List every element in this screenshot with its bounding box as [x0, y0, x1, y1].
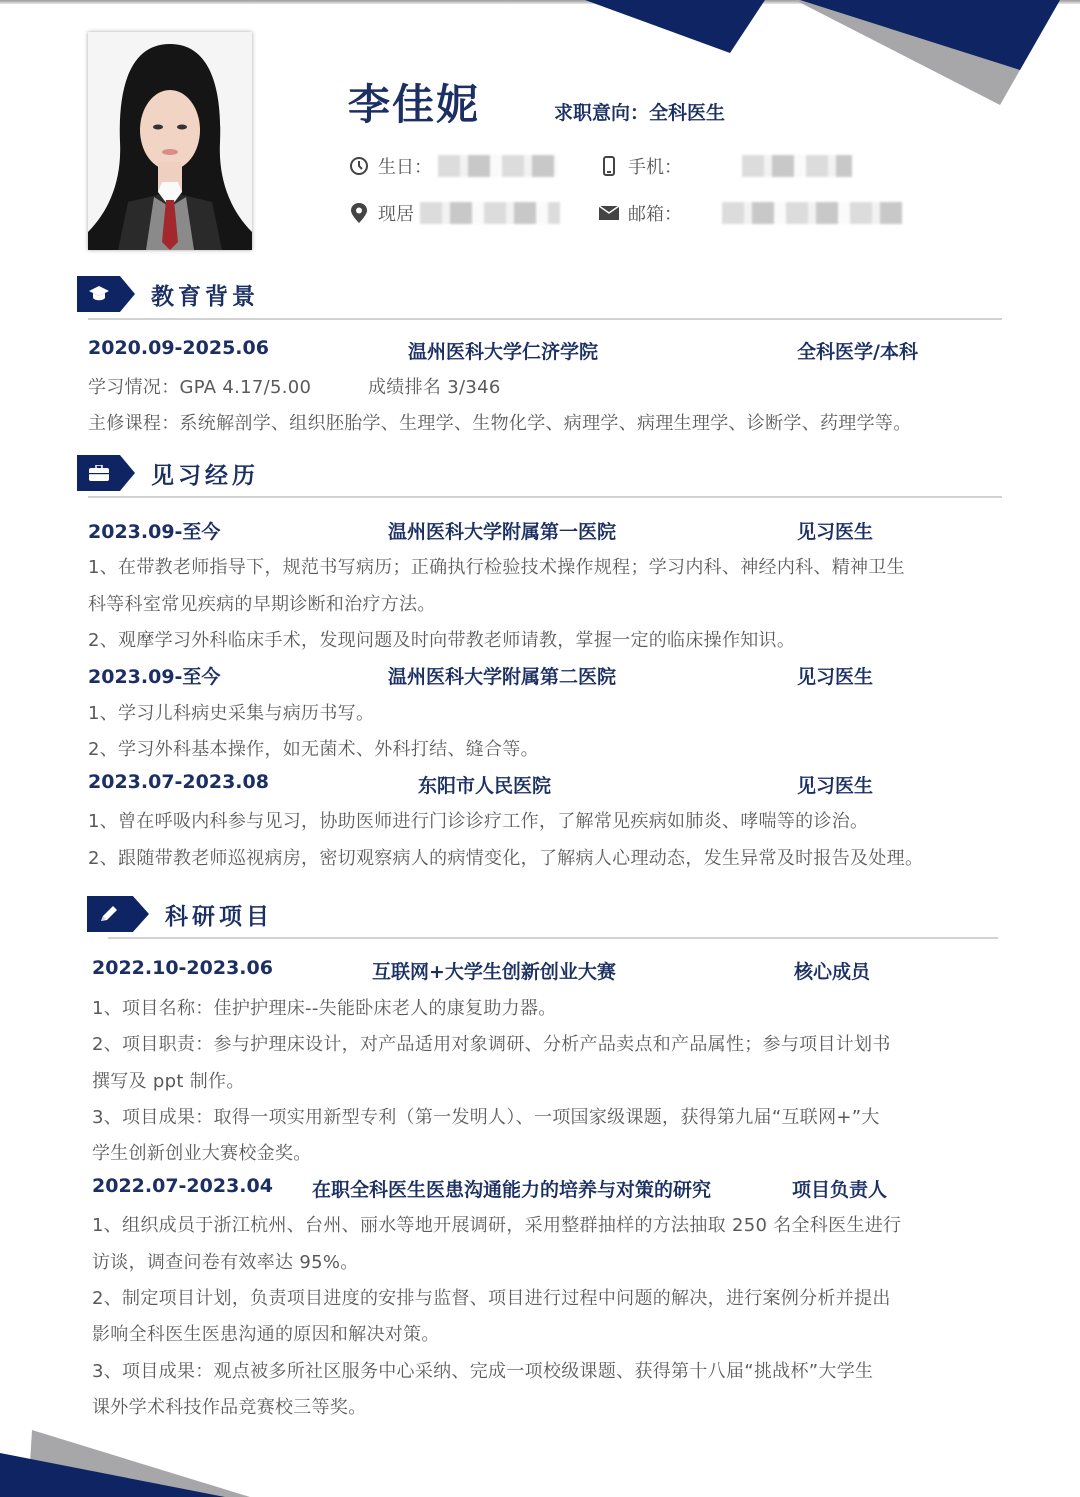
- entry-line: 2、跟随带教老师巡视病房，密切观察病人的病情变化，了解病人心理动态，发生异常及时…: [88, 844, 923, 870]
- email-label: 邮箱：: [628, 200, 682, 226]
- section-title: 见习经历: [151, 457, 259, 490]
- entry-line: 2、观摩学习外科临床手术，发现问题及时向带教老师请教，掌握一定的临床操作知识。: [88, 626, 795, 652]
- phone-value-redacted: [742, 155, 852, 177]
- section-header-research: 科研项目: [87, 896, 273, 932]
- research-entry-header: 2022.10-2023.06 互联网+大学生创新创业大赛 核心成员: [92, 957, 992, 983]
- birthday-label: 生日：: [378, 153, 432, 179]
- entry-role: 见习医生: [797, 771, 873, 798]
- portrait-illustration: [88, 32, 252, 250]
- top-navy-band-left: [585, 0, 765, 53]
- experience-entry-header: 2023.07-2023.08 东阳市人民医院 见习医生: [88, 771, 988, 797]
- entry-major: 全科医学/本科: [797, 337, 918, 364]
- gpa-text: 学习情况：GPA 4.17/5.00: [88, 373, 311, 399]
- top-navy-band-right: [800, 0, 1060, 70]
- phone-field: 手机：: [598, 153, 852, 179]
- divider: [108, 937, 998, 939]
- clock-icon: [348, 155, 370, 177]
- entry-role: 项目负责人: [792, 1175, 887, 1202]
- job-intent: 求职意向：全科医生: [554, 98, 725, 125]
- entry-line: 2、项目职责：参与护理床设计，对产品适用对象调研、分析产品卖点和产品属性；参与项…: [92, 1030, 891, 1056]
- entry-line: 影响全科医生医患沟通的原因和解决对策。: [92, 1320, 440, 1346]
- address-label: 现居: [378, 200, 414, 226]
- entry-date: 2020.09-2025.06: [88, 337, 269, 359]
- entry-line: 访谈，调查问卷有效率达 95%。: [92, 1248, 359, 1274]
- rank-text: 成绩排名 3/346: [368, 373, 501, 399]
- entry-line: 2、学习外科基本操作，如无菌术、外科打结、缝合等。: [88, 735, 539, 761]
- entry-line: 1、项目名称：佳护护理床--失能卧床老人的康复助力器。: [92, 994, 557, 1020]
- candidate-name: 李佳妮: [348, 72, 480, 132]
- entry-date: 2022.07-2023.04: [92, 1175, 273, 1197]
- address-value-redacted: [420, 202, 560, 224]
- experience-entry-header: 2023.09-至今 温州医科大学附属第一医院 见习医生: [88, 517, 988, 543]
- entry-organization: 温州医科大学附属第二医院: [388, 662, 616, 689]
- research-entry-header: 2022.07-2023.04 在职全科医生医患沟通能力的培养与对策的研究 项目…: [92, 1175, 992, 1201]
- entry-line: 2、制定项目计划，负责项目进度的安排与监督、项目进行过程中问题的解决，进行案例分…: [92, 1284, 891, 1310]
- entry-date: 2023.07-2023.08: [88, 771, 269, 793]
- divider: [88, 318, 1002, 320]
- birthday-field: 生日：: [348, 153, 558, 179]
- graduation-cap-icon: [77, 276, 135, 312]
- entry-role: 见习医生: [797, 517, 873, 544]
- bottom-navy-band: [0, 1453, 225, 1497]
- entry-line: 课外学术科技作品竞赛校三等奖。: [92, 1393, 367, 1419]
- email-value-redacted: [722, 202, 902, 224]
- profile-photo: [88, 32, 252, 250]
- mobile-phone-icon: [598, 155, 620, 177]
- courses-text: 主修课程：系统解剖学、组织胚胎学、生理学、生物化学、病理学、病理生理学、诊断学、…: [88, 409, 912, 435]
- bottom-gray-band: [28, 1430, 250, 1497]
- section-header-experience: 见习经历: [77, 455, 259, 491]
- entry-school: 温州医科大学仁济学院: [408, 337, 598, 364]
- entry-date: 2023.09-至今: [88, 517, 220, 544]
- section-title: 科研项目: [165, 898, 273, 931]
- email-field: 邮箱：: [598, 200, 902, 226]
- top-shadow: [0, 0, 1080, 4]
- divider: [88, 496, 1002, 498]
- section-title: 教育背景: [151, 278, 259, 311]
- entry-line: 3、项目成果：取得一项实用新型专利（第一发明人）、一项国家级课题，获得第九届“互…: [92, 1103, 880, 1129]
- entry-date: 2023.09-至今: [88, 662, 220, 689]
- entry-line: 科等科室常见疾病的早期诊断和治疗方法。: [88, 590, 436, 616]
- entry-role: 核心成员: [794, 957, 870, 984]
- experience-entry-header: 2023.09-至今 温州医科大学附属第二医院 见习医生: [88, 662, 988, 688]
- entry-line: 3、项目成果：观点被多所社区服务中心采纳、完成一项校级课题、获得第十八届“挑战杯…: [92, 1357, 873, 1383]
- briefcase-icon: [77, 455, 135, 491]
- entry-line: 1、学习儿科病史采集与病历书写。: [88, 699, 374, 725]
- envelope-icon: [598, 202, 620, 224]
- entry-project: 在职全科医生医患沟通能力的培养与对策的研究: [312, 1175, 711, 1202]
- entry-line: 撰写及 ppt 制作。: [92, 1067, 245, 1093]
- pencil-icon: [87, 896, 149, 932]
- entry-line: 学生创新创业大赛校金奖。: [92, 1139, 312, 1165]
- entry-line: 1、组织成员于浙江杭州、台州、丽水等地开展调研，采用整群抽样的方法抽取 250 …: [92, 1211, 901, 1237]
- location-pin-icon: [348, 202, 370, 224]
- entry-organization: 东阳市人民医院: [418, 771, 551, 798]
- entry-role: 见习医生: [797, 662, 873, 689]
- entry-organization: 温州医科大学附属第一医院: [388, 517, 616, 544]
- top-gray-band: [795, 0, 1060, 105]
- entry-line: 1、曾在呼吸内科参与见习，协助医师进行门诊诊疗工作，了解常见疾病如肺炎、哮喘等的…: [88, 807, 868, 833]
- phone-label: 手机：: [628, 153, 682, 179]
- entry-project: 互联网+大学生创新创业大赛: [372, 957, 616, 984]
- section-header-education: 教育背景: [77, 276, 259, 312]
- entry-line: 1、在带教老师指导下，规范书写病历；正确执行检验技术操作规程；学习内科、神经内科…: [88, 553, 905, 579]
- education-entry-header: 2020.09-2025.06 温州医科大学仁济学院 全科医学/本科: [88, 337, 988, 363]
- birthday-value-redacted: [438, 155, 558, 177]
- entry-date: 2022.10-2023.06: [92, 957, 273, 979]
- address-field: 现居: [348, 200, 560, 226]
